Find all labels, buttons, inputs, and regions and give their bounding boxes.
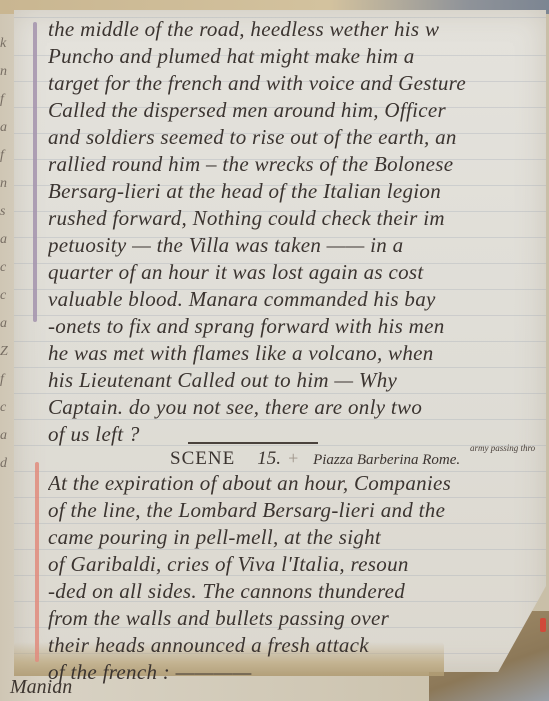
text-line: Called the dispersed men around him, Off… <box>48 97 543 124</box>
fragment: s <box>0 198 16 226</box>
fragment: Z <box>0 338 16 366</box>
scene-annotation: army passing thro <box>470 443 535 453</box>
fragment: n <box>0 58 16 86</box>
text-line: from the walls and bullets passing over <box>48 605 543 632</box>
text-line: rushed forward, Nothing could check thei… <box>48 205 543 232</box>
fragment: a <box>0 310 16 338</box>
fragment: f <box>0 366 16 394</box>
text-line: petuosity — the Villa was taken —— in a <box>48 232 543 259</box>
text-line: came pouring in pell-mell, at the sight <box>48 524 543 551</box>
text-line: the middle of the road, heedless wether … <box>48 16 543 43</box>
cross-mark-icon: + <box>287 448 299 468</box>
text-line: target for the french and with voice and… <box>48 70 543 97</box>
text-line: -ded on all sides. The cannons thundered <box>48 578 543 605</box>
scene-heading: SCENE 15. + Piazza Barberina Rome. <box>170 448 500 470</box>
text-line: quarter of an hour it was lost again as … <box>48 259 543 286</box>
fragment: c <box>0 282 16 310</box>
scene-number: 15. <box>257 448 281 469</box>
underlying-page-left-fragments: k n f a f n s a c c a Z f c a d <box>0 30 16 478</box>
text-line: their heads announced a fresh attack <box>48 632 543 659</box>
section-divider <box>188 442 318 444</box>
passage-2: At the expiration of about an hour, Comp… <box>48 470 543 686</box>
text-line: rallied round him – the wrecks of the Bo… <box>48 151 543 178</box>
fragment: f <box>0 142 16 170</box>
margin-line-red <box>35 462 39 662</box>
fragment: f <box>0 86 16 114</box>
text-line: -onets to fix and sprang forward with hi… <box>48 313 543 340</box>
text-line: his Lieutenant Called out to him — Why <box>48 367 543 394</box>
fragment: a <box>0 226 16 254</box>
text-line: and soldiers seemed to rise out of the e… <box>48 124 543 151</box>
fragment: k <box>0 30 16 58</box>
text-line: he was met with flames like a volcano, w… <box>48 340 543 367</box>
scene-label: SCENE <box>170 448 235 469</box>
text-line: of Garibaldi, cries of Viva l'Italia, re… <box>48 551 543 578</box>
red-ink-mark <box>540 618 546 632</box>
scene-location: Piazza Barberina Rome. <box>313 452 460 468</box>
text-line: Bersarg-lieri at the head of the Italian… <box>48 178 543 205</box>
margin-line-purple <box>33 22 37 322</box>
text-line: Captain. do you not see, there are only … <box>48 394 543 421</box>
text-line: Puncho and plumed hat might make him a <box>48 43 543 70</box>
fragment: a <box>0 114 16 142</box>
text-line: of the line, the Lombard Bersarg-lieri a… <box>48 497 543 524</box>
fragment: c <box>0 394 16 422</box>
fragment: n <box>0 170 16 198</box>
text-line: of the french : ———— <box>48 659 543 686</box>
fragment: c <box>0 254 16 282</box>
fragment: d <box>0 450 16 478</box>
fragment: a <box>0 422 16 450</box>
text-line: At the expiration of about an hour, Comp… <box>48 470 543 497</box>
text-line: valuable blood. Manara commanded his bay <box>48 286 543 313</box>
passage-1: the middle of the road, heedless wether … <box>48 16 543 448</box>
